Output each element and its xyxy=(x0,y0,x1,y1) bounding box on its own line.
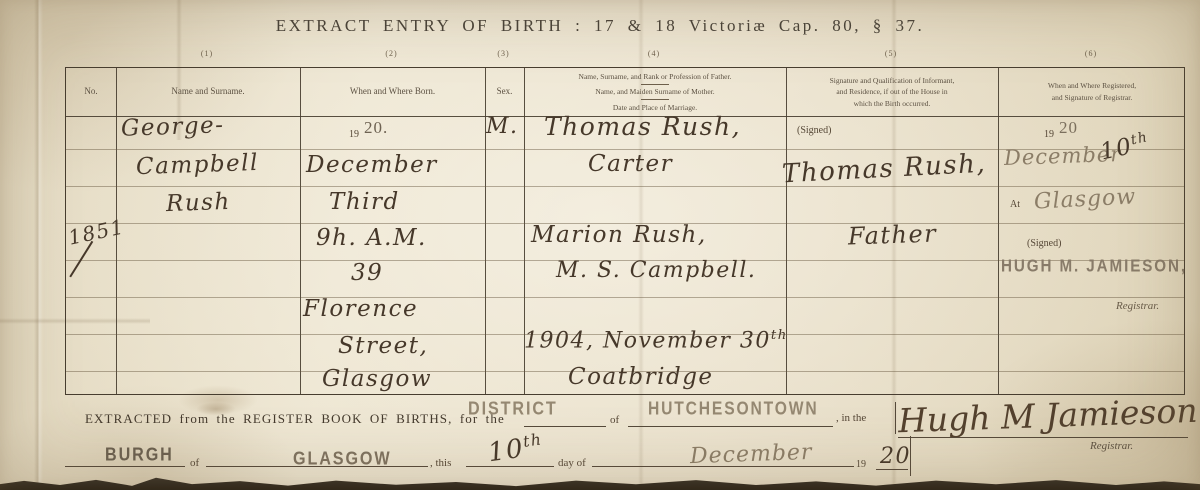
header-informant-line: which the Birth occurred. xyxy=(854,98,931,110)
footer-month-stamp: December xyxy=(690,440,813,469)
informant-signed-label: (Signed) xyxy=(797,125,831,136)
header-name-label: Name and Surname. xyxy=(171,85,244,99)
born-day: Third xyxy=(329,189,400,215)
informant-qualification: Father xyxy=(848,219,938,250)
header-registered-line: When and Where Registered, xyxy=(1048,80,1136,92)
born-month: December xyxy=(306,152,438,178)
entry-name-line: George- xyxy=(121,112,225,142)
header-registered-line: and Signature of Registrar. xyxy=(1052,92,1132,104)
bracket-line xyxy=(910,436,911,476)
of-label: of xyxy=(610,414,619,426)
footer-day-suffix: th xyxy=(522,430,544,451)
father-name: Thomas Rush, xyxy=(544,112,741,141)
born-year-printed: 19 xyxy=(349,129,359,140)
register-table: No. Name and Surname. When and Where Bor… xyxy=(65,67,1185,395)
in-the-label: , in the xyxy=(836,412,866,424)
father-occupation: Carter xyxy=(588,151,673,177)
day-of-label: day of xyxy=(558,457,586,469)
footer-year-hand: 20 xyxy=(880,444,911,469)
mother-maiden-name: M. S. Campbell. xyxy=(556,258,756,283)
this-label: , this xyxy=(430,457,451,469)
header-parents-line: Name, and Maiden Surname of Mother. xyxy=(595,86,714,98)
marriage-date-text: 1904, November 30 xyxy=(524,328,771,353)
entry-name-line: Campbell xyxy=(136,150,260,180)
header-sex: Sex. xyxy=(485,68,524,116)
col-number-2: (2) xyxy=(299,49,484,58)
birth-extract-document: EXTRACT ENTRY OF BIRTH : 17 & 18 Victori… xyxy=(0,0,1200,490)
fill-line xyxy=(65,466,185,467)
entry-name-line: Rush xyxy=(166,189,232,217)
marriage-place: Coatbridge xyxy=(568,364,714,390)
marriage-date: 1904, November 30th xyxy=(524,328,788,353)
registered-at-label: At xyxy=(1010,199,1020,210)
born-year-stamp: 20. xyxy=(364,118,388,138)
burgh-name-stamp: GLASGOW xyxy=(293,448,392,470)
footer-day: 10th xyxy=(486,430,545,468)
born-street-line: Street, xyxy=(338,333,428,359)
header-informant: Signature and Qualification of Informant… xyxy=(786,68,998,116)
entry-number: 1851 xyxy=(66,214,127,249)
footer-year-printed: 19 xyxy=(856,459,866,470)
ruled-line xyxy=(66,297,1184,298)
footer-day-text: 10 xyxy=(486,434,526,469)
col-number-1: (1) xyxy=(115,49,299,58)
signature-line xyxy=(898,437,1188,438)
informant-signature: Thomas Rush, xyxy=(781,149,986,190)
district-name-stamp: HUTCHESONTOWN xyxy=(648,398,818,420)
header-no: No. xyxy=(66,68,116,116)
fill-line xyxy=(466,466,554,467)
born-house-number: 39 xyxy=(351,260,383,286)
header-informant-line: and Residence, if out of the House in xyxy=(836,86,947,98)
fill-line xyxy=(876,469,908,470)
torn-paper-edge xyxy=(0,477,1200,490)
col-number-3: (3) xyxy=(484,49,523,58)
registrar-title-label: Registrar. xyxy=(1116,300,1159,312)
fill-line xyxy=(628,426,833,427)
ruled-line xyxy=(66,186,1184,187)
col-number-6: (6) xyxy=(997,49,1185,58)
born-city: Glasgow xyxy=(322,366,432,392)
header-name: Name and Surname. xyxy=(116,68,300,116)
header-born: When and Where Born. xyxy=(300,68,485,116)
registered-year-printed: 19 xyxy=(1044,129,1054,140)
col-number-4: (4) xyxy=(523,49,785,58)
marriage-date-suffix: th xyxy=(771,328,788,343)
header-divider xyxy=(641,84,669,85)
footer-signature: Hugh M Jamieson xyxy=(897,391,1198,440)
header-parents-line: Name, Surname, and Rank or Profession of… xyxy=(579,71,732,83)
paper-crease xyxy=(34,0,43,490)
header-sex-label: Sex. xyxy=(497,85,513,99)
registered-year-stamp: 20 xyxy=(1059,118,1078,138)
header-no-label: No. xyxy=(84,85,97,99)
header-divider xyxy=(641,99,669,100)
header-registered: When and Where Registered, and Signature… xyxy=(998,68,1186,116)
of-label: of xyxy=(190,457,199,469)
fill-line xyxy=(524,426,606,427)
registered-place-stamp: Glasgow xyxy=(1033,184,1136,214)
footer-registrar-label: Registrar. xyxy=(1090,440,1133,452)
entry-sex: M. xyxy=(486,114,519,139)
registered-day-suffix: th xyxy=(1129,129,1149,148)
burgh-stamp: BURGH xyxy=(105,444,174,466)
registered-day: 10th xyxy=(1098,129,1152,165)
document-title: EXTRACT ENTRY OF BIRTH : 17 & 18 Victori… xyxy=(0,16,1200,36)
born-street-line: Florence xyxy=(303,296,418,322)
registrar-signed-label: (Signed) xyxy=(1027,238,1061,249)
header-informant-line: Signature and Qualification of Informant… xyxy=(830,75,955,87)
registrar-name-stamp: HUGH M. JAMIESON, xyxy=(1001,257,1187,277)
header-parents: Name, Surname, and Rank or Profession of… xyxy=(524,68,786,116)
born-time: 9h. A.M. xyxy=(316,225,427,251)
header-born-label: When and Where Born. xyxy=(350,85,435,99)
col-number-5: (5) xyxy=(785,49,997,58)
mother-name: Marion Rush, xyxy=(531,222,707,248)
extracted-statement: EXTRACTED from the REGISTER BOOK OF BIRT… xyxy=(85,411,505,427)
bracket-line xyxy=(895,402,896,434)
